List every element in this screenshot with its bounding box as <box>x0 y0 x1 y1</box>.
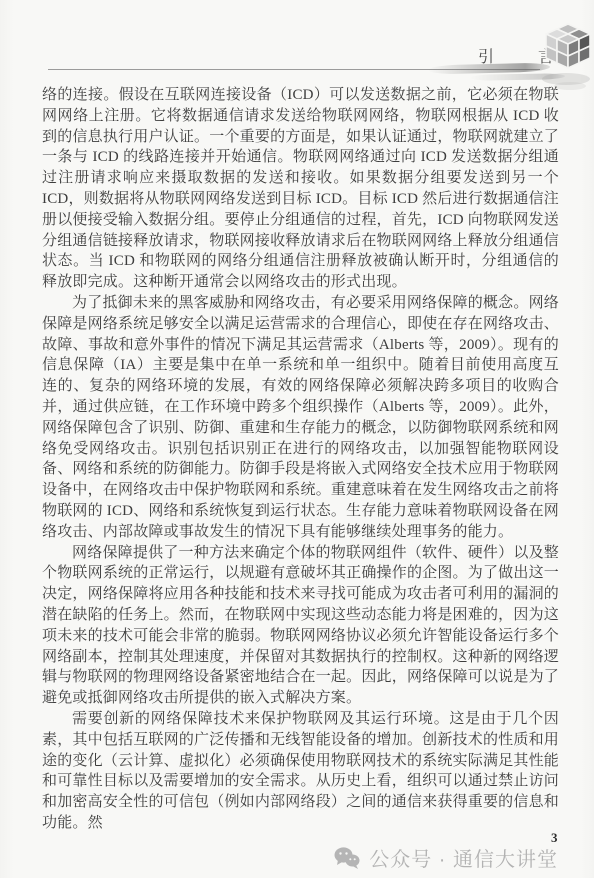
header-rule <box>48 69 540 70</box>
page-content: 络的连接。假设在互联网连接设备（ICD）可以发送数据之前，它必须在物联网网络上注… <box>42 85 559 834</box>
paragraph-3: 网络保障提供了一种方法来确定个体的物联网组件（软件、硬件）以及整个物联网系统的正… <box>42 543 559 709</box>
watermark: 公众号 · 通信大讲堂 <box>334 843 558 872</box>
wechat-icon <box>334 846 360 870</box>
book-page: 引 言 络的连接。假设在互联网连接设备（ICD）可以发送数据之前，它必须在物联网… <box>0 0 594 878</box>
paragraph-2: 为了抵御未来的黑客威胁和网络攻击，有必要采用网络保障的概念。网络保障是网络系统足… <box>42 293 559 543</box>
paragraph-1: 络的连接。假设在互联网连接设备（ICD）可以发送数据之前，它必须在物联网网络上注… <box>42 85 559 293</box>
page-number: 3 <box>551 830 558 846</box>
paragraph-4: 需要创新的网络保障技术来保护物联网及其运行环境。这是由于几个因素，其中包括互联网… <box>42 709 559 834</box>
rubiks-cube-icon <box>540 16 594 96</box>
watermark-text: 公众号 · 通信大讲堂 <box>369 843 558 872</box>
